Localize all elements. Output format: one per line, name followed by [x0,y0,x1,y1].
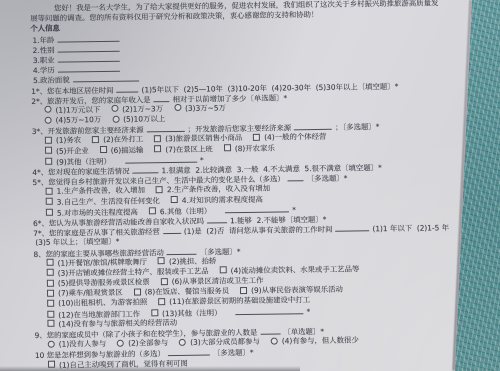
photo-bottom-shadow [0,366,300,371]
text-run: 4.学历 [33,66,55,75]
text-run: (4)5万~10万 [56,115,102,125]
text-run: (1)1万元以下 [55,105,100,115]
checkbox-icon [47,269,54,276]
text-run: 1*、您在本地区居住时间 [31,85,113,95]
checkbox-icon [47,320,54,327]
blank-underline [235,306,303,315]
text-run: (4)一般的个体经营 [264,132,326,142]
text-run: 〔多选题〕* [213,348,254,358]
checkbox-icon [47,279,54,286]
text-run: ；〔多选题〕* [335,122,379,132]
text-run: 2.性别 [33,45,55,54]
blank-underline [260,327,280,335]
text-run: (5)提供导游服务或景区检票 [58,277,150,287]
checkbox-icon [158,257,165,264]
text-run: 1.年龄 [32,35,54,44]
blank-underline [288,173,304,181]
text-run: 〔多选题〕* [200,247,241,257]
checkbox-icon [240,287,247,294]
blank-underline [207,215,227,223]
text-run: (9)从事民俗表演等娱乐活动 [251,285,343,295]
text-run: (5)10万以上 [123,114,165,124]
text-run: 个人信息 [30,24,60,33]
blank-underline [225,204,289,213]
text-run: (11)在旅游景区初期的基础设施建设中打工 [169,296,310,307]
radio-icon [117,339,124,346]
text-run: (2)全部参与 [128,338,168,348]
text-run: (14)没有参与与旅游相关的经营活动 [58,318,177,329]
text-run: (1)开餐馆/旅馆/棋牌歌舞厅 [58,257,147,267]
text-run: (6)搞运输 [111,145,144,154]
text-run: (8)在饭店、餐馆当服务员 [145,286,230,296]
text-run: 6.其他（注明） [160,206,212,216]
text-run: (1)没有人参与 [59,339,107,349]
radio-icon [48,340,55,347]
text-run: 〔多选题〕* [307,174,348,184]
checkbox-icon [158,298,165,305]
text-run: (3)5 年以上；〔填空题〕* [35,237,119,247]
questionnaire: 您好！我是一名大学生，为了给大家提供更好的服务，促进农村发展，我们组织了这次关于… [30,0,475,371]
text-run: 4.对知识的需求程度提高 [182,194,263,204]
blank-underline [167,246,197,254]
checkbox-icon [154,135,161,142]
checkbox-icon [45,158,52,165]
checkbox-icon [171,196,178,203]
text-run: (7)乘车/船观赏景区 [58,288,123,298]
text-run: (2)1万~3万 [122,104,163,114]
blank-underline [163,226,181,234]
radio-icon [111,105,118,112]
text-run: (6)从事景区清洁或卫生工作 [172,276,264,286]
text-run: (4)流动摊位卖饮料、水果或手工艺品等 [231,264,360,275]
text-run: (9)其他（注明） [56,157,111,167]
blank-underline [147,124,185,133]
text-run: (1)务农 [56,136,81,145]
checkbox-icon [220,267,227,274]
checkbox-icon [253,134,260,141]
checkbox-icon [134,288,141,295]
text-run: 5.政治面貌 [33,76,70,86]
text-run: (4)有参与，但人数很少 [282,336,359,346]
radio-icon [174,104,181,111]
checkbox-icon [224,144,231,151]
radio-icon [45,116,52,123]
checkbox-icon [156,186,163,193]
text-run: (13)其他（注明） [162,308,222,318]
text-run: * [200,155,204,164]
text-run: (2)在外打工 [103,135,143,145]
text-run: (3)大部分成员都参与 [190,337,260,347]
blank-underline [125,154,197,163]
text-run: (7)在景区上班 [165,144,213,154]
blank-underline [335,223,369,231]
text-run: 2.生产条件改善，收入没有增加 [167,184,270,194]
text-run: (3)旅游景区销售小商品 [165,133,242,143]
checkbox-icon [100,146,107,153]
text-run: (2)挑担、抬轿 [169,256,217,266]
text-run: (3)3万~5万 [185,103,226,113]
checkbox-icon [46,209,53,216]
blank-underline [116,84,138,92]
checkbox-icon [149,208,156,215]
checkbox-icon [46,198,53,205]
radio-icon [179,339,186,346]
checkbox-icon [161,278,168,285]
text-run: * [292,205,296,214]
text-run: 1.生产条件改善，收入增加 [57,186,145,196]
radio-icon [112,115,119,122]
checkbox-icon [46,188,53,195]
text-run: (10)出租相机、为游客拍照 [58,298,147,308]
blank-underline [132,165,158,173]
checkbox-icon [47,289,54,296]
checkbox-icon [154,145,161,152]
blank-underline [57,44,119,53]
text-run: (5)开企业 [56,146,89,155]
radio-icon [271,337,278,344]
text-run: * [306,307,310,316]
blank-underline [168,348,210,357]
blank-underline [294,122,332,131]
paper-photo-background: 您好！我是一名大学生，为了给大家提供更好的服务，促进农村发展，我们组织了这次关于… [0,0,500,371]
blank-underline [73,74,139,83]
checkbox-icon [47,259,54,266]
blank-underline [57,33,119,42]
text-run: 3.职业 [33,56,55,65]
checkbox-icon [151,309,158,316]
blank-underline [58,64,120,73]
radio-icon [44,106,51,113]
text-run: 相对于以前增加了多少〔单选题〕* [173,93,288,104]
checkbox-icon [47,311,54,318]
blank-underline [58,54,120,63]
text-run: 3.自己生产、生活没有任何变化 [57,196,160,206]
blank-underline [154,94,170,102]
text-run: (8)开农家乐 [235,143,275,153]
checkbox-icon [45,137,52,144]
checkbox-icon [45,147,52,154]
checkbox-icon [92,136,99,143]
text-run: (1)1 年以下 (2)1-5 年 [372,223,449,233]
checkbox-icon [47,300,54,307]
